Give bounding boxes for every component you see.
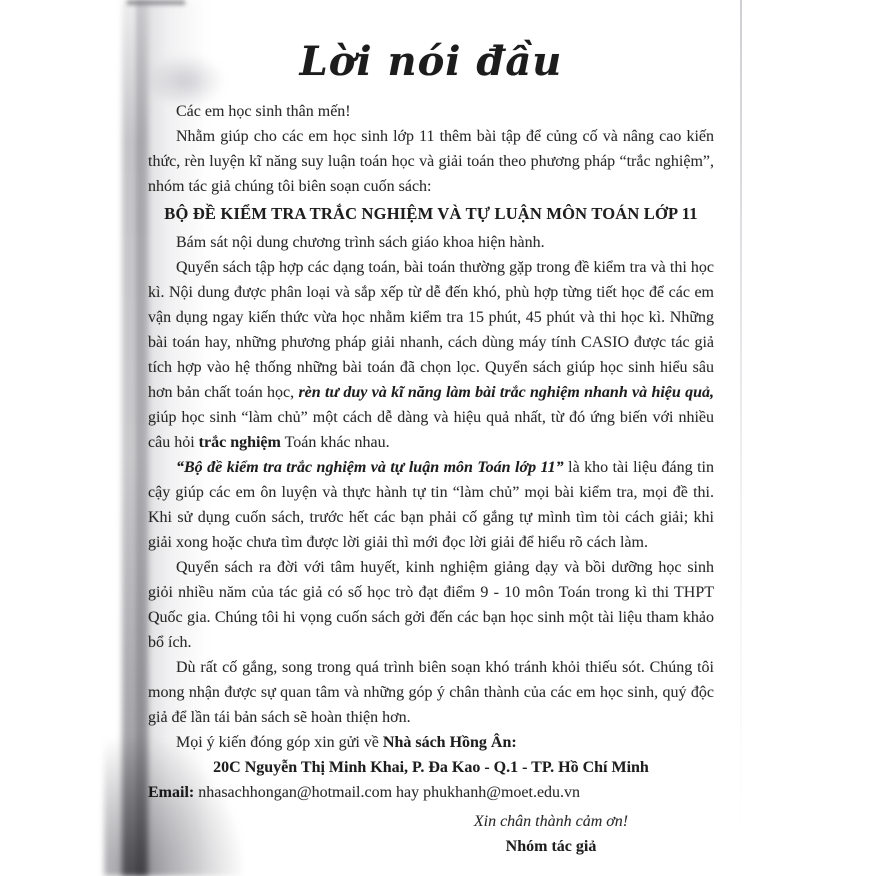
address-line: 20C Nguyễn Thị Minh Khai, P. Đa Kao - Q.…	[148, 755, 714, 780]
text-run: Xin chân thành cảm ơn!	[474, 813, 628, 830]
feedback-line: Mọi ý kiến đóng góp xin gửi về Nhà sách …	[148, 730, 714, 755]
text-run: rèn tư duy và kĩ năng làm bài trắc nghiệ…	[298, 384, 714, 401]
text-run: Bám sát nội dung chương trình sách giáo …	[176, 234, 545, 251]
text-run: 20C Nguyễn Thị Minh Khai, P. Đa Kao - Q.…	[213, 759, 649, 776]
greeting: Các em học sinh thân mến!	[148, 99, 714, 124]
text-run: Toán khác nhau.	[281, 434, 390, 451]
curriculum-note: Bám sát nội dung chương trình sách giáo …	[148, 230, 714, 255]
top-edge-smudge	[127, 0, 185, 5]
text-run: “Bộ đề kiểm tra trắc nghiệm và tự luận m…	[176, 459, 564, 476]
page-body: Các em học sinh thân mến!Nhằm giúp cho c…	[148, 99, 714, 859]
text-run: Mọi ý kiến đóng góp xin gửi về	[176, 734, 383, 751]
text-run: Quyển sách ra đời với tâm huyết, kinh ng…	[148, 559, 714, 651]
intro-paragraph: Nhằm giúp cho các em học sinh lớp 11 thê…	[148, 124, 714, 199]
scanned-book-page: Lời nói đầu Các em học sinh thân mến!Nhằ…	[0, 0, 876, 876]
book-description-paragraph: Quyển sách tập hợp các dạng toán, bài to…	[148, 255, 714, 455]
text-run: BỘ ĐỀ KIỂM TRA TRẮC NGHIỆM VÀ TỰ LUẬN MÔ…	[164, 204, 697, 223]
text-run: trắc nghiệm	[199, 434, 281, 451]
text-run: Nhóm tác giả	[506, 838, 597, 855]
thanks-line: Xin chân thành cảm ơn!	[148, 809, 714, 834]
book-title-heading: BỘ ĐỀ KIỂM TRA TRẮC NGHIỆM VÀ TỰ LUẬN MÔ…	[148, 201, 714, 226]
gutter-shadow-band	[122, 0, 148, 876]
text-run: Các em học sinh thân mến!	[176, 103, 351, 120]
page-right-edge	[740, 0, 742, 876]
author-experience-paragraph: Quyển sách ra đời với tâm huyết, kinh ng…	[148, 555, 714, 655]
text-run: Nhà sách Hồng Ân:	[383, 734, 517, 751]
text-run: Quyển sách tập hợp các dạng toán, bài to…	[148, 259, 714, 401]
signature-line: Nhóm tác giả	[148, 834, 714, 859]
page-content: Lời nói đầu Các em học sinh thân mến!Nhằ…	[148, 38, 714, 859]
text-run: Dù rất cố gắng, song trong quá trình biê…	[148, 659, 714, 726]
text-run: Nhằm giúp cho các em học sinh lớp 11 thê…	[148, 128, 714, 195]
usage-paragraph: “Bộ đề kiểm tra trắc nghiệm và tự luận m…	[148, 455, 714, 555]
page-title: Lời nói đầu	[148, 38, 714, 85]
text-run: Email:	[148, 784, 194, 801]
apology-paragraph: Dù rất cố gắng, song trong quá trình biê…	[148, 655, 714, 730]
email-line: Email: nhasachhongan@hotmail.com hay phu…	[148, 780, 714, 805]
text-run: nhasachhongan@hotmail.com hay phukhanh@m…	[194, 784, 580, 801]
